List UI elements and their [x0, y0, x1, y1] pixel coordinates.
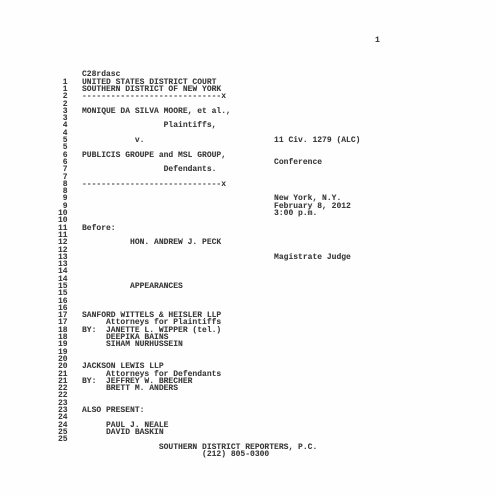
transcript-line: 2 -----------------------------x	[58, 93, 360, 100]
transcript-line: 15 APPEARANCES	[58, 283, 360, 290]
transcript-line: 16	[58, 298, 360, 305]
transcript-line: 14	[58, 268, 360, 275]
transcript-line: 15	[58, 290, 360, 297]
transcript-line: 23 ALSO PRESENT:	[58, 407, 360, 414]
transcript-line: (212) 805-0300	[58, 451, 360, 458]
transcript-line: 10 3:00 p.m.	[58, 210, 360, 217]
transcript-line: 5 v. 11 Civ. 1279 (ALC)	[58, 137, 360, 144]
transcript-page: 1 C28rdasc 1 UNITED STATES DISTRICT COUR…	[0, 0, 495, 495]
transcript-line: 13 Magistrate Judge	[58, 254, 360, 261]
transcript-line: 19	[58, 349, 360, 356]
transcript-line: 8 -----------------------------x	[58, 181, 360, 188]
page-number: 1	[375, 37, 380, 44]
transcript-line: 22	[58, 392, 360, 399]
transcript-line: 13	[58, 261, 360, 268]
transcript-line: 22 BRETT M. ANDERS	[58, 385, 360, 392]
transcript-text: C28rdasc 1 UNITED STATES DISTRICT COURT …	[58, 44, 360, 458]
transcript-line: 11 Before:	[58, 225, 360, 232]
transcript-line: 25 DAVID BASKIN	[58, 429, 360, 436]
transcript-line: 12 HON. ANDREW J. PECK	[58, 239, 360, 246]
transcript-line: 19 SIHAM NURHUSSEIN	[58, 341, 360, 348]
transcript-line: 3 MONIQUE DA SILVA MOORE, et al.,	[58, 108, 360, 115]
transcript-line: 7 Defendants.	[58, 166, 360, 173]
transcript-line: 4 Plaintiffs,	[58, 122, 360, 129]
